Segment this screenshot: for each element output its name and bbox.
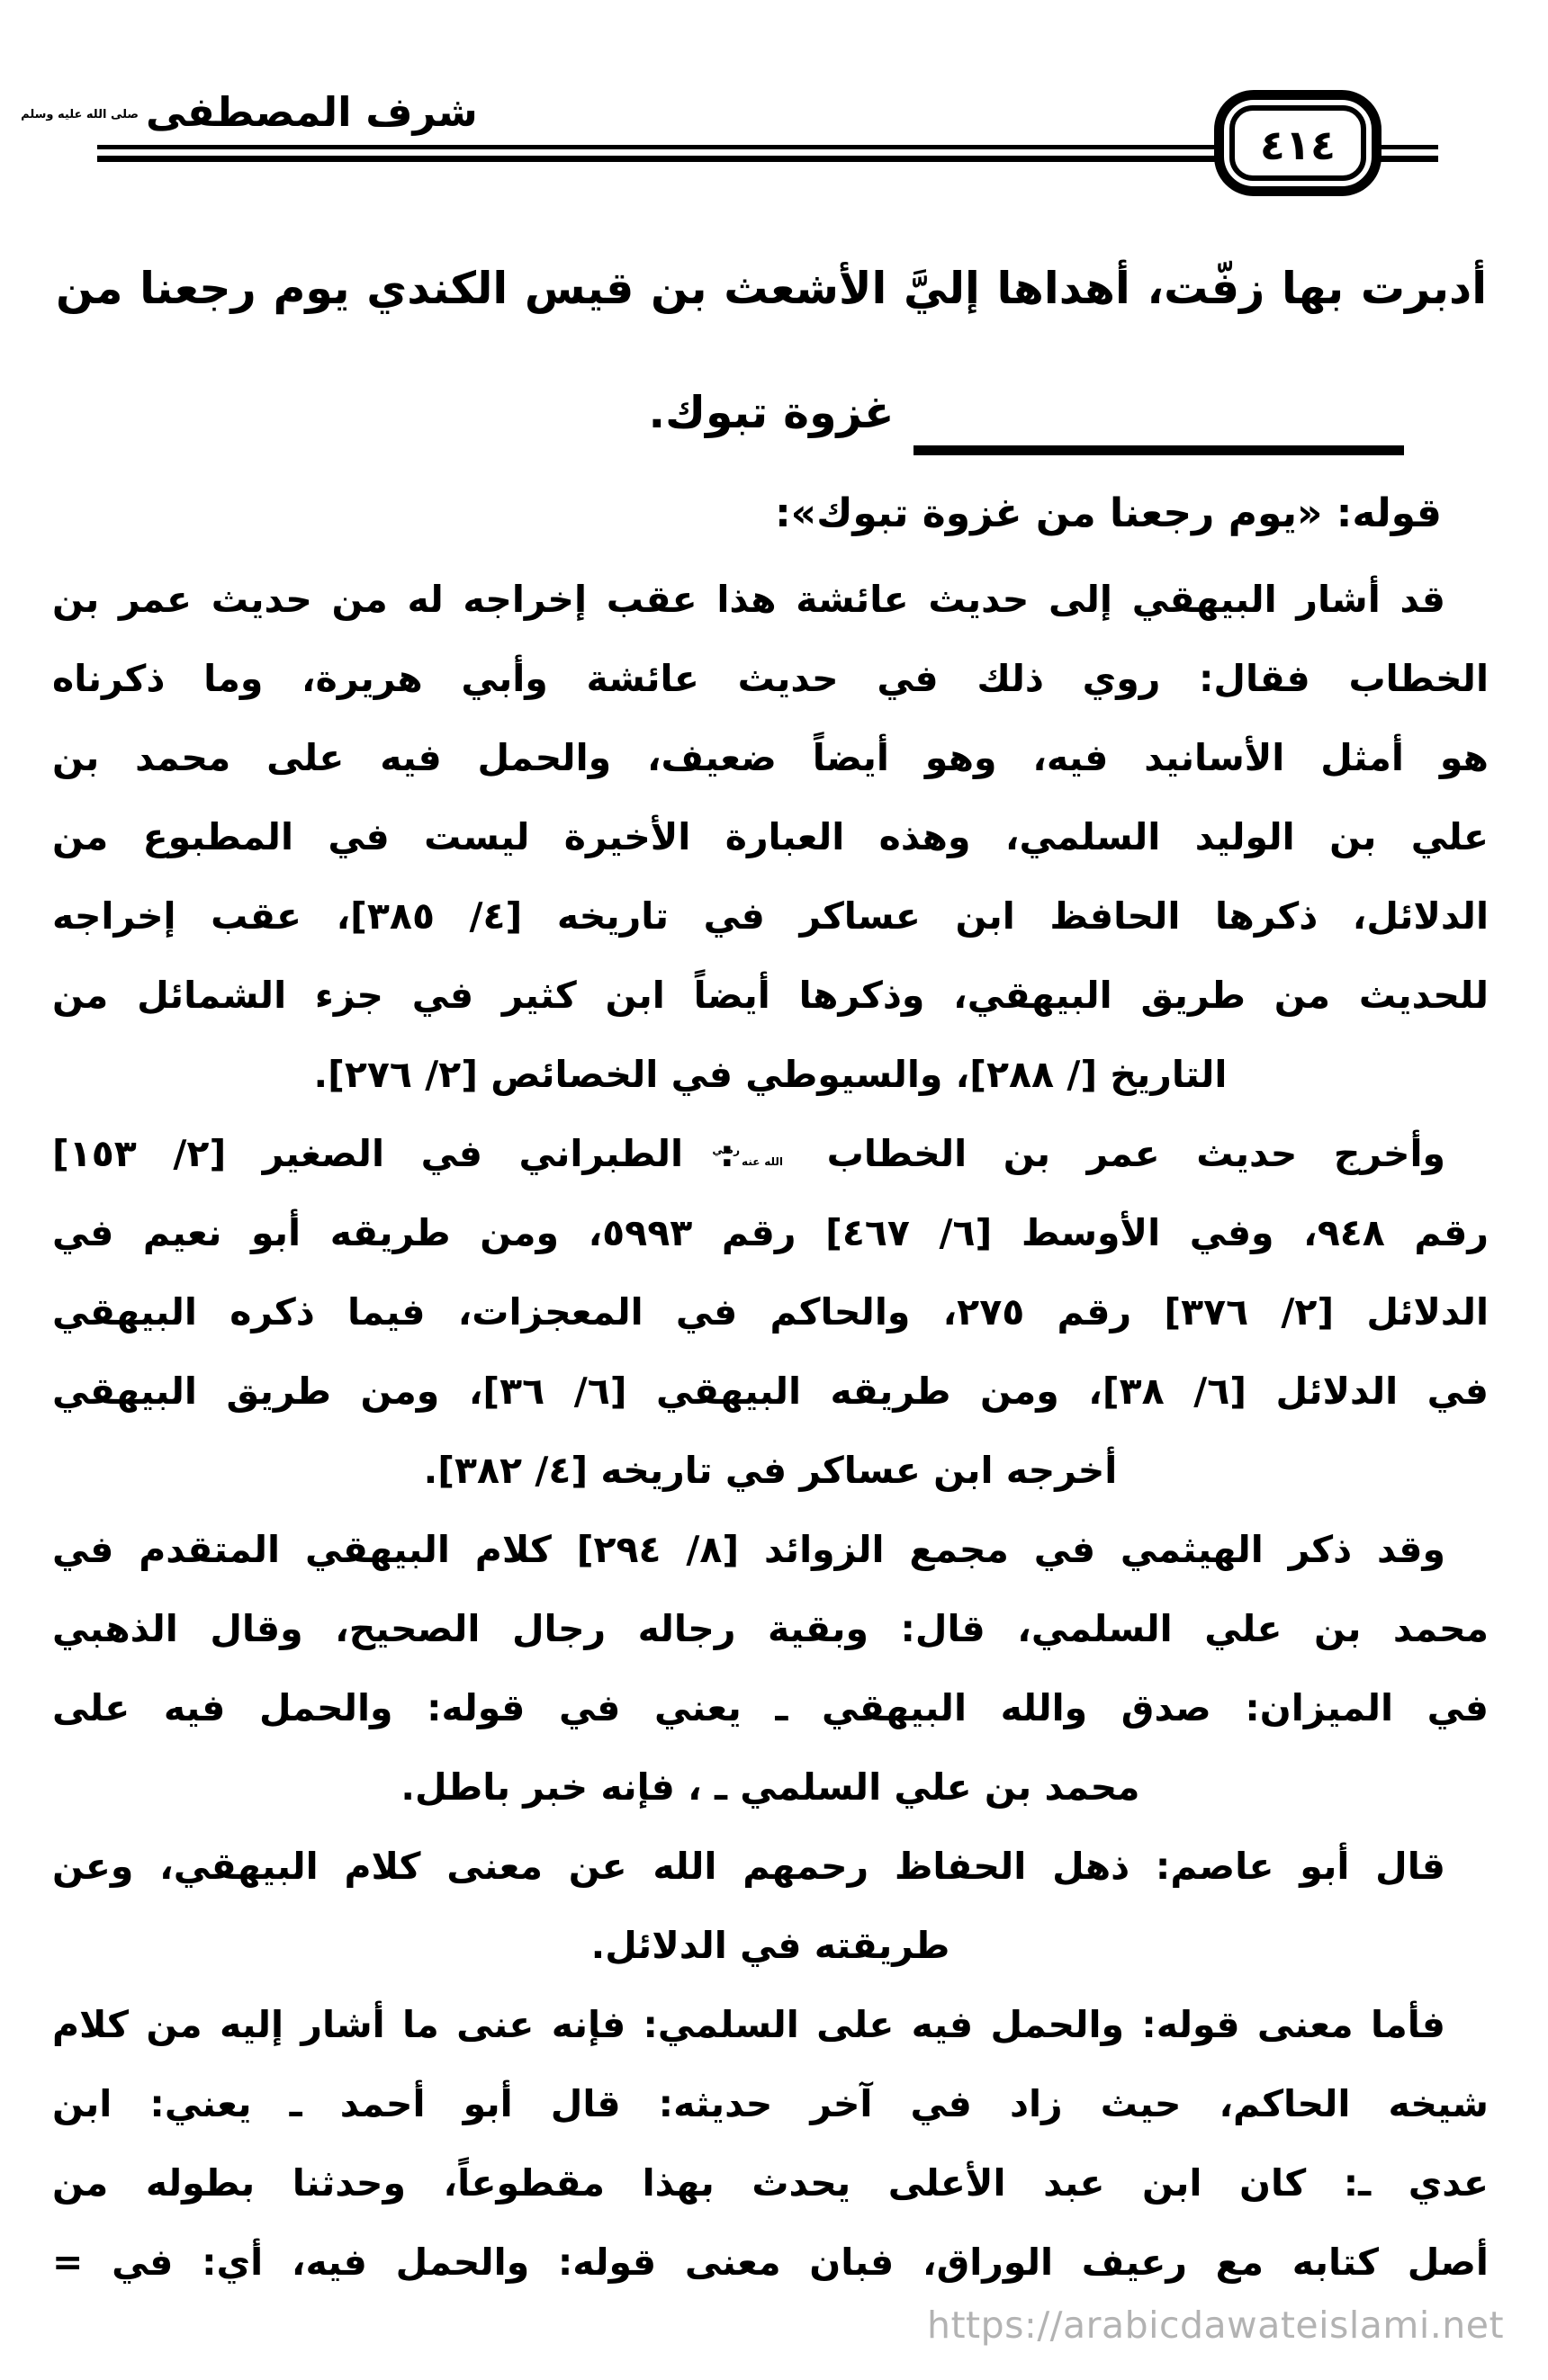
commentary-line: محمد بن علي السلمي ـ ، فإنه خبر باطل. xyxy=(52,1747,1489,1827)
commentary-body: قد أشار البيهقي إلى حديث عائشة هذا عقب إ… xyxy=(52,560,1489,2302)
book-title-text: شرف المصطفى xyxy=(146,88,478,136)
footnote-separator-rule xyxy=(913,445,1404,455)
commentary-line: طريقته في الدلائل. xyxy=(52,1906,1489,1985)
commentary-line: قد أشار البيهقي إلى حديث عائشة هذا عقب إ… xyxy=(52,560,1489,639)
commentary-line: علي بن الوليد السلمي، وهذه العبارة الأخي… xyxy=(52,797,1489,876)
page-number: ٤١٤ xyxy=(1229,105,1366,181)
commentary-line: في الميزان: صدق والله البيهقي ـ يعني في … xyxy=(52,1668,1489,1747)
matn-line: غزوة تبوك. xyxy=(56,351,1487,475)
page-number-badge: ٤١٤ xyxy=(1214,90,1381,196)
commentary-line: فأما معنى قوله: والحمل فيه على السلمي: ف… xyxy=(52,1985,1489,2064)
book-page: شرف المصطفىصلى الله عليه وسلم ٤١٤ أدبرت … xyxy=(0,0,1548,2380)
matn-text: أدبرت بها زفّت، أهداها إليَّ الأشعث بن ق… xyxy=(56,227,1487,475)
commentary-line: التاريخ [/ ٢٨٨]، والسيوطي في الخصائص [٢/… xyxy=(52,1035,1489,1114)
commentary-line: شيخه الحاكم، حيث زاد في آخر حديثه: قال أ… xyxy=(52,2064,1489,2143)
commentary-line: الدلائل [٢/ ٣٧٦] رقم ٢٧٥، والحاكم في الم… xyxy=(52,1272,1489,1352)
watermark-url: https://arabicdawateislami.net xyxy=(927,2304,1404,2347)
commentary-line: هو أمثل الأسانيد فيه، وهو أيضاً ضعيف، وا… xyxy=(52,718,1489,797)
commentary-line: وقد ذكر الهيثمي في مجمع الزوائد [٨/ ٢٩٤]… xyxy=(52,1510,1489,1589)
commentary-line: محمد بن علي السلمي، قال: وبقية رجاله رجا… xyxy=(52,1589,1489,1668)
commentary-line: الخطاب فقال: روي ذلك في حديث عائشة وأبي … xyxy=(52,639,1489,718)
commentary-line: الدلائل، ذكرها الحافظ ابن عساكر في تاريخ… xyxy=(52,876,1489,956)
commentary-line: عدي ـ: كان ابن عبد الأعلى يحدث بهذا مقطو… xyxy=(52,2143,1489,2223)
commentary-line: أخرجه ابن عساكر في تاريخه [٤/ ٣٨٢]. xyxy=(52,1431,1489,1510)
commentary-line: وأخرج حديث عمر بن الخطاب رضي الله عنه: ا… xyxy=(52,1114,1489,1193)
book-title: شرف المصطفىصلى الله عليه وسلم xyxy=(83,88,478,136)
radiallahu-anhu-mark: رضي الله عنه xyxy=(742,1145,783,1169)
commentary-line: أصل كتابه مع رعيف الوراق، فبان معنى قوله… xyxy=(52,2223,1489,2302)
matn-line: أدبرت بها زفّت، أهداها إليَّ الأشعث بن ق… xyxy=(56,227,1487,351)
sallallahu-alayhi-wasallam-mark: صلى الله عليه وسلم xyxy=(90,109,139,122)
commentary-line: في الدلائل [٦/ ٣٨]، ومن طريقه البيهقي [٦… xyxy=(52,1352,1489,1431)
commentary-heading: قوله: «يوم رجعنا من غزوة تبوك»: xyxy=(56,490,1442,536)
commentary-line: قال أبو عاصم: ذهل الحفاظ رحمهم الله عن م… xyxy=(52,1827,1489,1906)
commentary-line: رقم ٩٤٨، وفي الأوسط [٦/ ٤٦٧] رقم ٥٩٩٣، و… xyxy=(52,1193,1489,1272)
commentary-line: للحديث من طريق البيهقي، وذكرها أيضاً ابن… xyxy=(52,956,1489,1035)
